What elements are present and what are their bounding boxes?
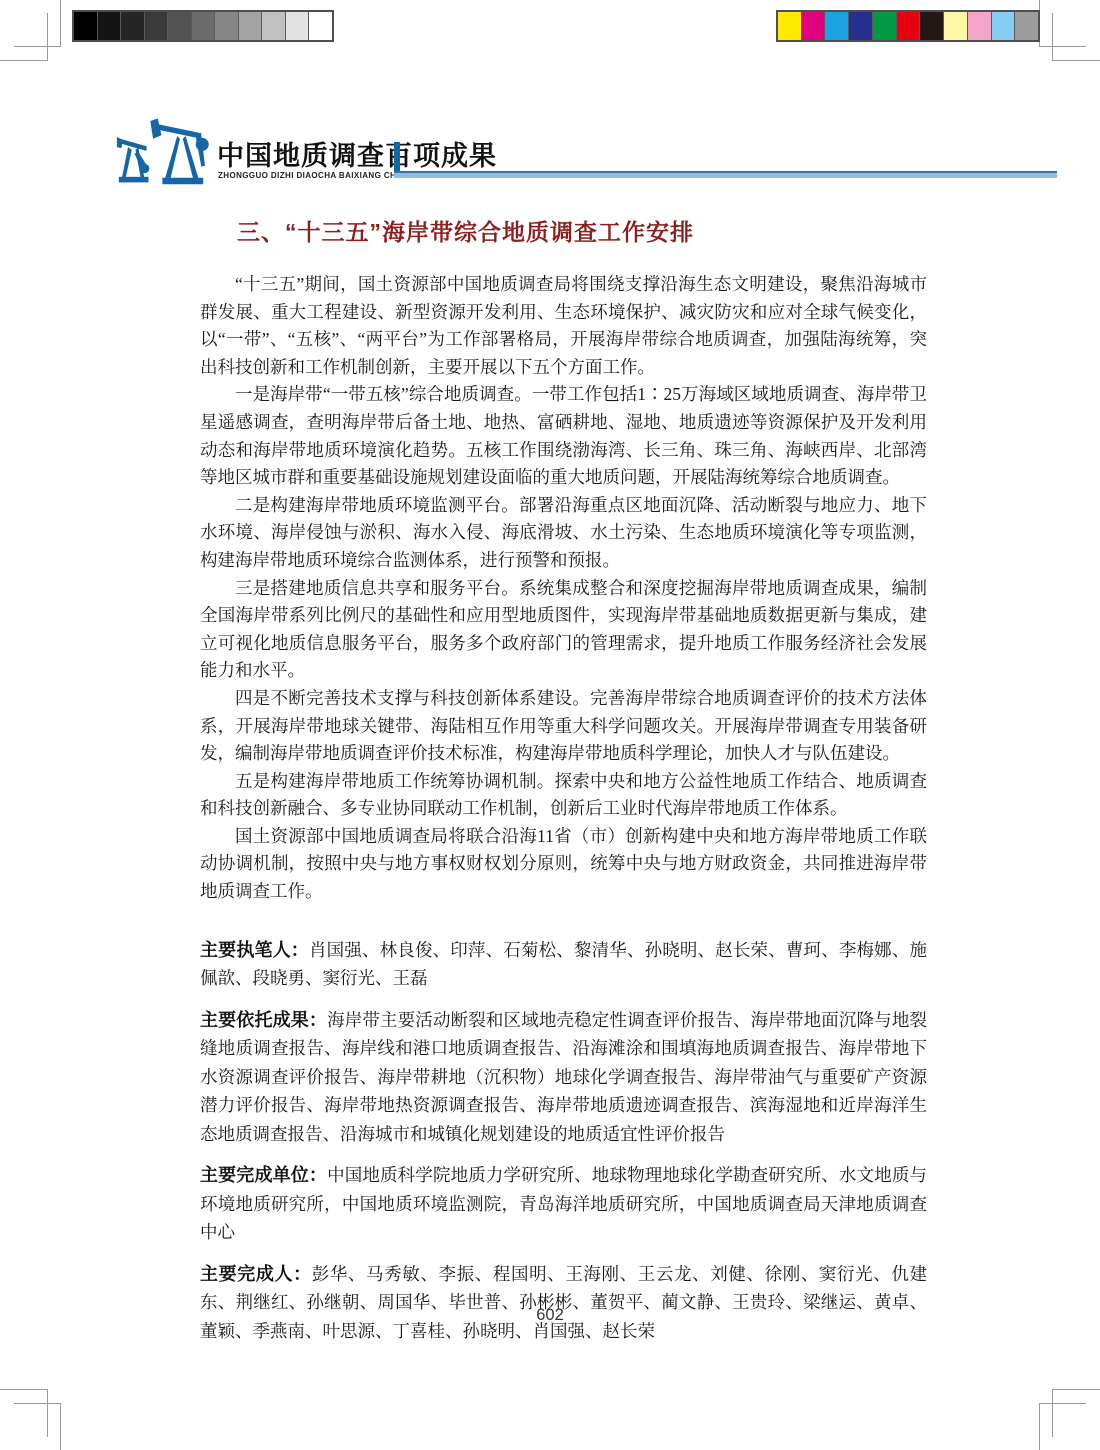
calibration-swatch [968,12,992,40]
calibration-swatch [262,12,286,40]
credits-label: 主要执笔人： [200,940,309,960]
body-paragraph: “十三五”期间，国土资源部中国地质调查局将围绕支撑沿海生态文明建设，聚焦沿海城市… [200,271,927,381]
article-title: 三、“十三五”海岸带综合地质调查工作安排 [237,214,927,247]
calibration-swatch [121,12,145,40]
credits-section-contributors: 主要完成人：彭华、马秀敏、李振、程国明、王海刚、王云龙、刘健、徐刚、窦衍光、仇建… [200,1260,927,1346]
calibration-swatch [778,12,802,40]
credits-label: 主要依托成果： [200,1010,327,1030]
calibration-swatch [992,12,1016,40]
calibration-swatch [168,12,192,40]
scanned-book-page: 中国地质调查百项成果 ZHONGGUO DIZHI DIAOCHA BAIXIA… [0,0,1100,1450]
credits-block: 主要执笔人：肖国强、林良俊、印萍、石菊松、黎清华、孙晓明、赵长荣、曹珂、李梅娜、… [200,936,927,1346]
crop-mark-bottom-left [0,1389,61,1450]
credits-section-authors: 主要执笔人：肖国强、林良俊、印萍、石菊松、黎清华、孙晓明、赵长荣、曹珂、李梅娜、… [200,936,927,993]
calibration-swatch [849,12,873,40]
series-title: 中国地质调查百项成果 [217,134,497,173]
body-paragraph: 二是构建海岸带地质环境监测平台。部署沿海重点区地面沉降、活动断裂与地应力、地下水… [200,492,927,575]
calibration-swatch [215,12,239,40]
calibration-swatch [825,12,849,40]
color-calibration-strip [776,10,1040,42]
credits-section-organizations: 主要完成单位：中国地质科学院地质力学研究所、地球物理地球化学勘查研究所、水文地质… [200,1161,927,1247]
grayscale-calibration-strip [72,10,334,42]
calibration-swatch [74,12,98,40]
body-paragraph: 四是不断完善技术支撑与科技创新体系建设。完善海岸带综合地质调查评价的技术方法体系… [200,685,927,768]
credits-section-reports: 主要依托成果：海岸带主要活动断裂和区域地壳稳定性调查评价报告、海岸带地面沉降与地… [200,1006,927,1149]
calibration-swatch [286,12,310,40]
calibration-swatch [145,12,169,40]
calibration-swatch [897,12,921,40]
body-paragraph: 三是搭建地质信息共享和服务平台。系统集成整合和深度挖掘海岸带地质调查成果，编制全… [200,575,927,685]
calibration-swatch [239,12,263,40]
crop-mark-top-right [1039,0,1100,61]
body-paragraph: 国土资源部中国地质调查局将联合沿海11省（市）创新构建中央和地方海岸带地质工作联… [200,823,927,906]
calibration-swatch [944,12,968,40]
body-paragraph: 一是海岸带“一带五核”综合地质调查。一带工作包括1∶25万海域区域地质调查、海岸… [200,381,927,491]
article-body: 三、“十三五”海岸带综合地质调查工作安排 “十三五”期间，国土资源部中国地质调查… [200,214,927,1345]
credits-label: 主要完成单位： [200,1165,327,1185]
calibration-swatch [1015,12,1038,40]
calibration-swatch [920,12,944,40]
crop-mark-top-left [0,0,61,61]
crop-mark-bottom-right [1039,1389,1100,1450]
credits-content: 肖国强、林良俊、印萍、石菊松、黎清华、孙晓明、赵长荣、曹珂、李梅娜、施佩歆、段晓… [200,940,927,989]
calibration-swatch [873,12,897,40]
page-number: 602 [0,1306,1100,1325]
calibration-swatch [192,12,216,40]
body-paragraph: 五是构建海岸带地质工作统筹协调机制。探索中央和地方公益性地质工作结合、地质调查和… [200,768,927,823]
header-rule [394,171,1057,178]
pumpjack-logo-icon [116,112,218,186]
credits-label: 主要完成人： [200,1264,312,1284]
calibration-swatch [802,12,826,40]
calibration-swatch [309,12,332,40]
calibration-swatch [98,12,122,40]
